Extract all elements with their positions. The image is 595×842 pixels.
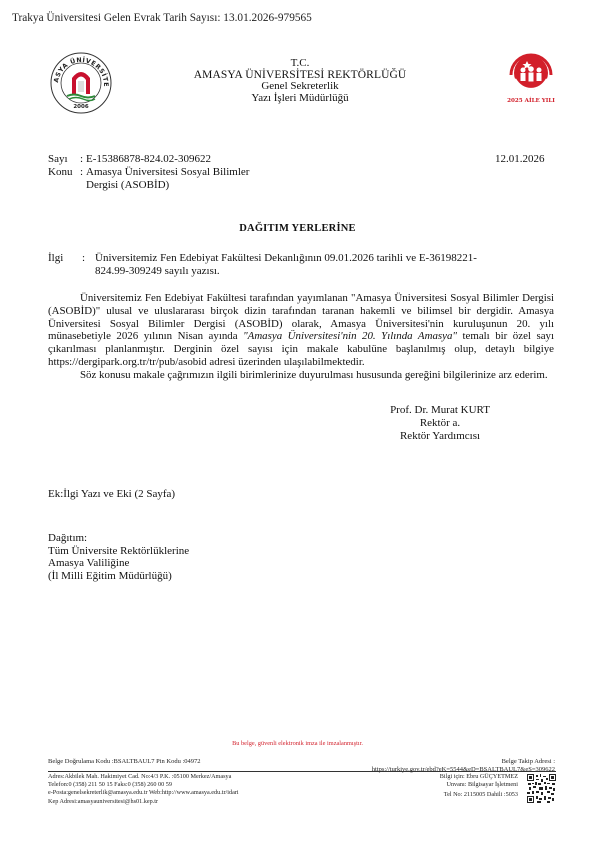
header-tc: T.C. bbox=[150, 58, 450, 70]
contact-name: Bilgi için: Ebru GÜÇYETMEZ bbox=[400, 773, 518, 781]
sayi-label: Sayı bbox=[48, 153, 80, 166]
konu-value-cont: Dergisi (ASOBİD) bbox=[86, 179, 169, 191]
family-year-emblem-icon: 2025 AİLE YILI bbox=[503, 45, 559, 109]
verification-code: Belge Doğrulama Kodu :BSALTBAUL7 Pin Kod… bbox=[48, 755, 201, 768]
address-line: Adres:Akbilek Mah. Hakimiyet Cad. No:4/3… bbox=[48, 773, 239, 781]
signer-title: Rektör a. bbox=[360, 417, 520, 430]
special-issue-theme: "Amasya Üniversitesi'nin 20. Yılında Ama… bbox=[243, 330, 457, 342]
footer-divider bbox=[48, 771, 556, 772]
distribution-title: DAĞITIM YERLERİNE bbox=[0, 222, 595, 235]
header-department: Genel Sekreterlik bbox=[150, 81, 450, 93]
konu-value: Amasya Üniversitesi Sosyal Bilimler bbox=[86, 166, 249, 178]
signature-block: Prof. Dr. Murat KURT Rektör a. Rektör Ya… bbox=[360, 404, 520, 443]
konu-label: Konu bbox=[48, 166, 80, 179]
signer-name: Prof. Dr. Murat KURT bbox=[360, 404, 520, 417]
contact-block: Bilgi için: Ebru GÜÇYETMEZ Unvanı: Bilgi… bbox=[400, 773, 518, 800]
signer-position: Rektör Yardımcısı bbox=[360, 430, 520, 443]
letter-body: Üniversitemiz Fen Edebiyat Fakültesi tar… bbox=[48, 292, 554, 382]
list-item: Amasya Valiliğine bbox=[48, 557, 189, 570]
body-paragraph-2: Söz konusu makale çağrımızın ilgili biri… bbox=[48, 369, 554, 382]
ilgi-reference: Üniversitemiz Fen Edebiyat Fakültesi Dek… bbox=[95, 252, 525, 278]
contact-title: Unvanı: Bilgisayar İşletmeni bbox=[400, 781, 518, 789]
svg-text:2025 AİLE YILI: 2025 AİLE YILI bbox=[507, 97, 555, 104]
list-item: Tüm Üniversite Rektörlüklerine bbox=[48, 545, 189, 558]
distribution-list: Dağıtım: Tüm Üniversite Rektörlüklerine … bbox=[48, 532, 189, 582]
phone-line: Telefon:0 (358) 211 50 15 Faks:0 (358) 2… bbox=[48, 781, 239, 789]
address-block: Adres:Akbilek Mah. Hakimiyet Cad. No:4/3… bbox=[48, 773, 239, 806]
letterhead: T.C. AMASYA ÜNİVERSİTESİ REKTÖRLÜĞÜ Gene… bbox=[150, 58, 450, 104]
attachments: Ek:İlgi Yazı ve Eki (2 Sayfa) bbox=[48, 488, 175, 501]
email-web-line[interactable]: e-Posta:genelsekreterlik@amasya.edu.tr W… bbox=[48, 789, 239, 797]
body-paragraph-1: Üniversitemiz Fen Edebiyat Fakültesi tar… bbox=[48, 292, 554, 369]
sayi-row: Sayı:E-15386878-824.02-309622 bbox=[48, 153, 211, 166]
incoming-document-stamp: Trakya Üniversitesi Gelen Evrak Tarih Sa… bbox=[12, 12, 312, 25]
contact-tel: Tel No: 2115005 Dahili :5053 bbox=[400, 791, 518, 799]
amasya-university-seal-icon: AMASYA ÜNİVERSİTESİ 2006 bbox=[50, 52, 112, 114]
sayi-value: E-15386878-824.02-309622 bbox=[86, 153, 211, 165]
qr-code-icon bbox=[527, 774, 556, 803]
list-item: (İl Milli Eğitim Müdürlüğü) bbox=[48, 570, 189, 583]
e-signature-notice: Bu belge, güvenli elektronik imza ile im… bbox=[0, 737, 595, 750]
konu-row-cont: Dergisi (ASOBİD) bbox=[86, 179, 169, 192]
header-unit: Yazı İşleri Müdürlüğü bbox=[150, 93, 450, 105]
ilgi-label: İlgi bbox=[48, 252, 63, 265]
document-date: 12.01.2026 bbox=[495, 153, 545, 166]
svg-text:2006: 2006 bbox=[73, 104, 88, 110]
ilgi-colon: : bbox=[82, 252, 85, 265]
distribution-heading: Dağıtım: bbox=[48, 532, 189, 545]
kep-line: Kep Adresi:amasyauniversitesi@hs01.kep.t… bbox=[48, 798, 239, 806]
konu-row: Konu:Amasya Üniversitesi Sosyal Bilimler bbox=[48, 166, 249, 179]
